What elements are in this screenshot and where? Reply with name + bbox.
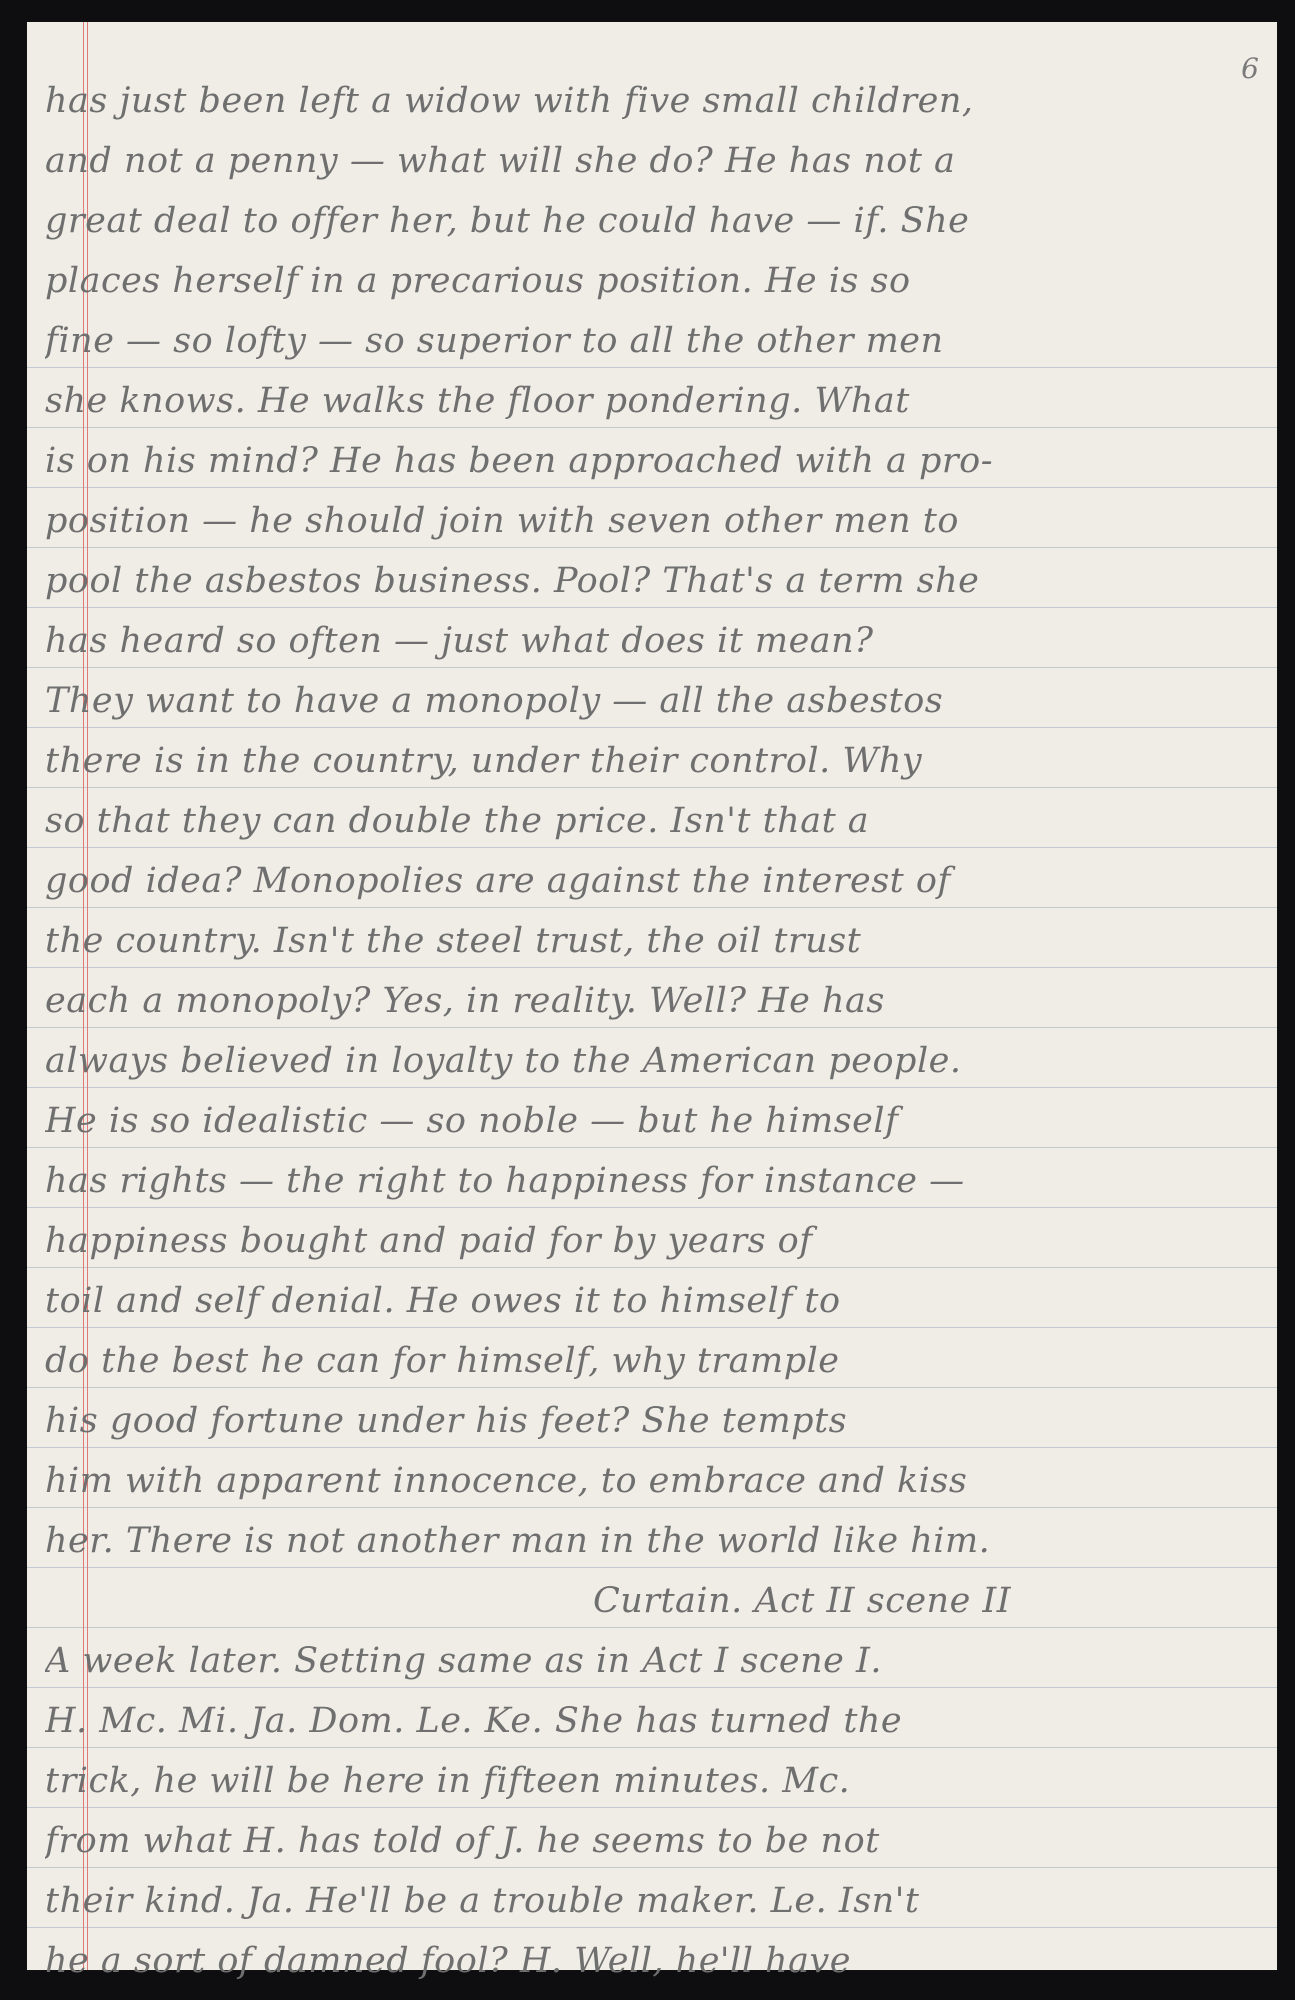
text-line: H. Mc. Mi. Ja. Dom. Le. Ke. She has turn… (45, 1691, 1257, 1751)
text-line: him with apparent innocence, to embrace … (45, 1451, 1257, 1511)
text-line: his good fortune under his feet? She tem… (45, 1391, 1257, 1451)
text-line: always believed in loyalty to the Americ… (45, 1031, 1257, 1091)
text-line: good idea? Monopolies are against the in… (45, 851, 1257, 911)
scene-heading: Curtain. Act II scene II (27, 1571, 1277, 1631)
text-line: her. There is not another man in the wor… (45, 1511, 1257, 1571)
text-line: there is in the country, under their con… (45, 731, 1257, 791)
text-line: He is so idealistic — so noble — but he … (45, 1091, 1257, 1151)
text-line: They want to have a monopoly — all the a… (45, 671, 1257, 731)
text-line: position — he should join with seven oth… (45, 491, 1257, 551)
text-line: is on his mind? He has been approached w… (45, 431, 1257, 491)
text-line: has rights — the right to happiness for … (45, 1151, 1257, 1211)
text-line: and not a penny — what will she do? He h… (45, 131, 1257, 191)
manuscript-page: 6 has just been left a widow with five s… (27, 22, 1277, 1970)
text-line: do the best he can for himself, why tram… (45, 1331, 1257, 1391)
text-line: A week later. Setting same as in Act I s… (45, 1631, 1257, 1691)
text-line: great deal to offer her, but he could ha… (45, 191, 1257, 251)
text-line: has just been left a widow with five sma… (45, 71, 1257, 131)
text-line: fine — so lofty — so superior to all the… (45, 311, 1257, 371)
text-line: their kind. Ja. He'll be a trouble maker… (45, 1871, 1257, 1931)
text-line: toil and self denial. He owes it to hims… (45, 1271, 1257, 1331)
text-line: he a sort of damned fool? H. Well, he'll… (45, 1931, 1257, 1991)
text-line: the country. Isn't the steel trust, the … (45, 911, 1257, 971)
text-line: trick, he will be here in fifteen minute… (45, 1751, 1257, 1811)
text-line: pool the asbestos business. Pool? That's… (45, 551, 1257, 611)
text-line: so that they can double the price. Isn't… (45, 791, 1257, 851)
text-line: has heard so often — just what does it m… (45, 611, 1257, 671)
text-line: happiness bought and paid for by years o… (45, 1211, 1257, 1271)
text-line: places herself in a precarious position.… (45, 251, 1257, 311)
text-line: each a monopoly? Yes, in reality. Well? … (45, 971, 1257, 1031)
text-line: she knows. He walks the floor pondering.… (45, 371, 1257, 431)
text-line: from what H. has told of J. he seems to … (45, 1811, 1257, 1871)
